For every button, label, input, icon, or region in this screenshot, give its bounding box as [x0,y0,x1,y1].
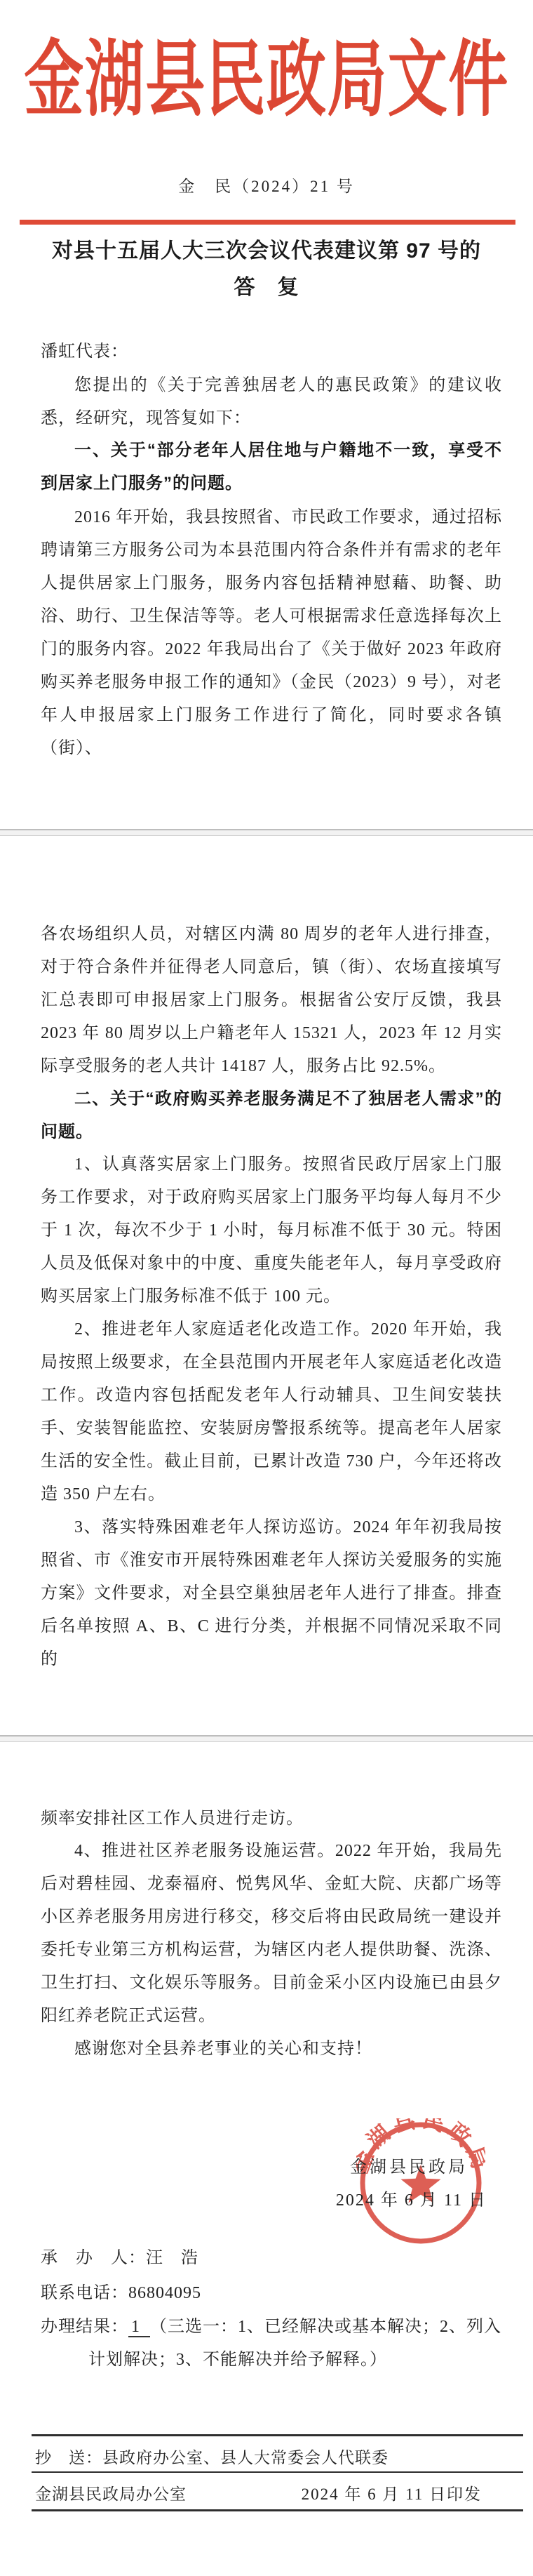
copy-to-label: 抄 送： [35,2449,102,2467]
footer-issuer: 金湖县民政局办公室 [35,2481,187,2504]
phone-number: 86804095 [128,2284,201,2302]
heading-issue-2: 二、关于“政府购买养老服务满足不了独居老人需求”的问题。 [41,1082,502,1148]
paragraph-item-4: 4、推进社区养老服务设施运营。2022 年开始，我局先后对碧桂园、龙泰福府、悦隽… [41,1835,502,2033]
agency-header-title: 金湖县民政局文件 [24,31,508,131]
result-value: 1 [128,2318,150,2337]
heading-issue-1: 一、关于“部分老年人居住地与户籍地不一致，享受不到居家上门服务”的问题。 [41,434,502,500]
paragraph-intro: 您提出的《关于完善独居老人的惠民政策》的建议收悉，经研究，现答复如下： [41,369,502,435]
scanned-document: 金湖县民政局文件 金 民（2024）21 号 对县十五届人大三次会议代表建议第 … [0,0,533,2576]
page-break-2 [0,1735,533,1742]
undertaker-row: 承 办 人：汪 浩 [41,2243,198,2268]
result-options-line1: （三选一：1、已经解决或基本解决；2、列入 [150,2318,501,2336]
result-options-line2: 计划解决；3、不能解决并给予解释。） [88,2345,387,2370]
undertaker-label: 承 办 人： [41,2249,146,2267]
phone-row: 联系电话：86804095 [41,2278,201,2303]
paragraph-item-3-part-2: 频率安排社区工作人员进行走访。 [41,1802,502,1835]
paragraph-item-3-part-1: 3、落实特殊困难老年人探访巡访。2024 年年初我局按照省、市《淮安市开展特殊困… [41,1511,502,1676]
paragraph-item-1: 1、认真落实居家上门服务。按照省民政厅居家上门服务工作要求，对于政府购买居家上门… [41,1148,502,1313]
page-1: 金湖县民政局文件 金 民（2024）21 号 对县十五届人大三次会议代表建议第 … [0,0,533,829]
result-row: 办理结果：1（三选一：1、已经解决或基本解决；2、列入 [41,2312,501,2337]
signature-date: 2024 年 6 月 11 日 [336,2186,487,2210]
document-title-line1: 对县十五届人大三次会议代表建议第 97 号的 [0,233,533,270]
footer-print-date: 2024 年 6 月 11 日印发 [302,2481,482,2504]
signature-agency: 金湖县民政局 [350,2153,468,2177]
document-number: 金 民（2024）21 号 [0,173,533,197]
official-seal: 金湖县民政局 [356,2118,485,2248]
result-label: 办理结果： [41,2318,128,2336]
copy-to-value: 县政府办公室、县人大常委会人代联委 [102,2449,389,2467]
footer-rule-top [32,2434,523,2436]
red-divider-rule [20,220,515,225]
undertaker-name: 汪 浩 [146,2249,198,2267]
document-title-line2: 答 复 [0,270,533,306]
phone-label: 联系电话： [41,2284,128,2302]
document-title: 对县十五届人大三次会议代表建议第 97 号的 答 复 [0,233,533,306]
paragraph-item-2: 2、推进老年人家庭适老化改造工作。2020 年开始，我局按照上级要求，在全县范围… [41,1313,502,1511]
paragraph-1-part-2: 各农场组织人员，对辖区内满 80 周岁的老年人进行排查，对于符合条件并征得老人同… [41,918,502,1083]
footer-rule-middle [32,2471,523,2473]
page-break-1 [0,829,533,836]
salutation: 潘虹代表： [41,337,128,361]
copy-to-row: 抄 送：县政府办公室、县人大常委会人代联委 [35,2445,389,2468]
paragraph-1-part-1: 2016 年开始，我县按照省、市民政工作要求，通过招标聘请第三方服务公司为本县范… [41,501,502,765]
page-3: 频率安排社区工作人员进行走访。 4、推进社区养老服务设施运营。2022 年开始，… [0,1742,533,2576]
paragraph-thanks: 感谢您对全县养老事业的关心和支持！ [41,2033,502,2066]
page-2: 各农场组织人员，对辖区内满 80 周岁的老年人进行排查，对于符合条件并征得老人同… [0,836,533,1735]
footer-rule-bottom [32,2509,523,2511]
